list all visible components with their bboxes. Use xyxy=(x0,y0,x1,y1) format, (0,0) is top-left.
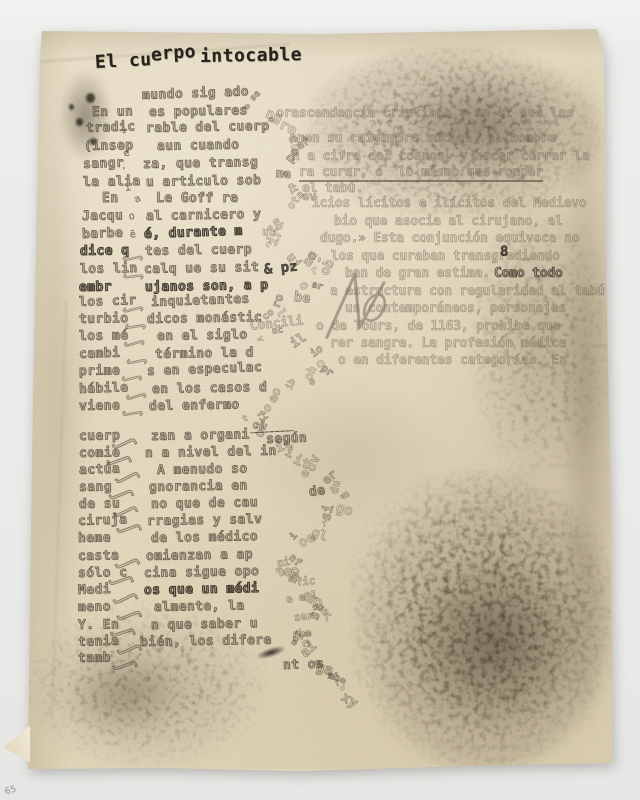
text-fragment: embr xyxy=(79,280,112,294)
text-fragment: sangr xyxy=(83,157,125,171)
paper-sheet: El cuerpointocableEn untradic(insepsangr… xyxy=(0,0,640,800)
distorted-glyph: v xyxy=(255,335,266,343)
distorted-glyph: e xyxy=(308,377,316,388)
text-fragment: sang xyxy=(79,480,112,494)
text-fragment: omienzan a ap xyxy=(146,548,253,563)
text-fragment: Como todo xyxy=(494,267,563,280)
text-fragment: barbe xyxy=(82,227,124,241)
text-fragment: o en diferentes categorías. En xyxy=(338,354,567,367)
text-fragment: la alia xyxy=(83,175,141,189)
text-fragment: ʃ xyxy=(116,555,141,572)
text-fragment: ∫ xyxy=(122,370,144,386)
text-fragment: bién, los difere xyxy=(140,634,272,649)
text-fragment: s en especulac xyxy=(147,361,263,378)
text-fragment: término la d xyxy=(155,346,254,361)
text-fragment: dugo.» Esta conjunción equivoca no xyxy=(320,232,579,245)
text-fragment: ujanos son, a p xyxy=(145,279,269,294)
text-fragment: ra curar, o lo mismo que romper xyxy=(299,166,543,179)
distorted-glyph: sa xyxy=(249,90,263,104)
text-fragment: turbio xyxy=(79,312,129,326)
title-text: rpo xyxy=(162,43,197,63)
text-fragment: n a cifra del cosmos, y hacer correr la xyxy=(292,150,589,163)
text-fragment: icios lícitos e ilícitos del Medievo xyxy=(312,197,587,210)
text-fragment: n a nivel del in xyxy=(145,445,277,460)
text-fragment: bio que asocia al cirujano, al xyxy=(334,215,563,228)
text-fragment: rable del cuerp xyxy=(146,120,270,135)
text-fragment: calq ue su sit xyxy=(144,261,259,276)
text-fragment: almente, la xyxy=(154,599,245,614)
text-fragment: Jacqu xyxy=(82,209,123,223)
text-fragment: heme xyxy=(78,531,111,545)
distorted-glyph: xy xyxy=(338,691,359,712)
title-text: El cu xyxy=(95,51,153,72)
text-fragment: ∫ xyxy=(123,406,145,421)
text-fragment: rragias y salv xyxy=(147,513,262,528)
text-fragment: é, durante m xyxy=(144,225,243,241)
text-fragment: mundo sig ado xyxy=(142,85,249,102)
text-fragment: En xyxy=(102,192,118,205)
text-fragment: ʃ xyxy=(114,590,139,608)
distorted-glyph: il xyxy=(288,331,309,351)
text-fragment: ʹ xyxy=(121,168,127,178)
text-fragment: o xyxy=(128,212,136,223)
text-fragment: de los médico xyxy=(151,530,258,545)
text-fragment: en el siglo xyxy=(157,328,248,343)
text-fragment: ē xyxy=(129,230,137,241)
text-fragment: 8 xyxy=(500,245,508,259)
text-fragment: al carnicero y xyxy=(146,208,261,223)
text-fragment: A menudo so xyxy=(157,462,248,477)
text-fragment: ʃ xyxy=(118,641,143,658)
text-fragment: enen su raigambre social, el hombre xyxy=(289,132,556,145)
text-fragment: u articulo sob xyxy=(146,174,261,189)
photo-background: El cuerpointocableEn untradic(insepsangr… xyxy=(0,0,640,800)
text-fragment: cambi xyxy=(79,347,121,361)
text-fragment: ∫ xyxy=(126,319,148,333)
text-fragment: ʃ xyxy=(114,658,139,674)
text-fragment: Medi xyxy=(78,583,111,597)
text-fragment: os que un médi xyxy=(144,582,259,597)
text-fragment: Y. En xyxy=(78,618,119,632)
distorted-glyph: io xyxy=(309,343,325,359)
text-fragment: tradic xyxy=(86,120,136,135)
text-fragment: dicos monástic xyxy=(147,311,262,326)
text-fragment: inquietantes xyxy=(151,293,250,309)
paper-shadow-wrap: El cuerpointocableEn untradic(insepsangr… xyxy=(0,0,640,800)
text-fragment: casta xyxy=(78,549,119,563)
text-fragment: o, los que curaban transgrediendo xyxy=(308,250,560,263)
distorted-glyph: ib xyxy=(286,378,298,391)
text-fragment: Le Goff re xyxy=(156,192,238,205)
pencil-scribble xyxy=(323,266,403,355)
title-text: intocable xyxy=(200,46,302,66)
text-fragment: viene xyxy=(79,399,120,413)
text-fragment: cina sigue opo xyxy=(144,565,259,580)
text-fragment: orascendencia cristiana y en el que las xyxy=(276,107,573,120)
distorted-glyph: go xyxy=(334,501,354,519)
text-fragment: de xyxy=(308,484,326,499)
text-fragment: ∫ xyxy=(124,269,146,283)
text-fragment: ∫ xyxy=(127,388,149,405)
distorted-glyph: du xyxy=(329,479,342,494)
text-layer: El cuerpointocableEn untradic(insepsangr… xyxy=(0,0,640,800)
text-fragment: en los casos d xyxy=(152,381,267,396)
distorted-glyph: nc xyxy=(271,325,284,336)
text-fragment: za, que transg xyxy=(143,156,258,171)
text-fragment: n que saber u xyxy=(151,617,258,632)
text-fragment: a xyxy=(133,194,143,206)
text-fragment: cuerp xyxy=(79,429,120,443)
text-fragment: aun cuando xyxy=(157,139,239,153)
text-fragment: tamb xyxy=(78,651,111,665)
distorted-glyph: t xyxy=(241,414,249,424)
text-fragment: del enfermo xyxy=(149,398,240,413)
distorted-glyph: r xyxy=(324,611,332,624)
text-fragment: prime xyxy=(79,364,120,378)
text-fragment: zan a organi xyxy=(151,428,250,443)
text-fragment: gnorancia en xyxy=(149,479,248,494)
text-fragment: ʃ xyxy=(110,487,135,503)
text-fragment: tes del cuerp xyxy=(145,243,252,258)
distorted-glyph: be xyxy=(293,291,311,306)
text-fragment: los mé xyxy=(79,329,129,343)
text-fragment: meno xyxy=(78,600,111,614)
text-fragment: hábile xyxy=(79,381,129,396)
text-fragment: En un xyxy=(92,105,133,119)
distorted-glyph: i xyxy=(289,531,300,541)
text-fragment: es populares xyxy=(149,104,248,119)
text-fragment: no que de cau xyxy=(151,496,258,511)
text-fragment: ʃ xyxy=(118,608,143,624)
